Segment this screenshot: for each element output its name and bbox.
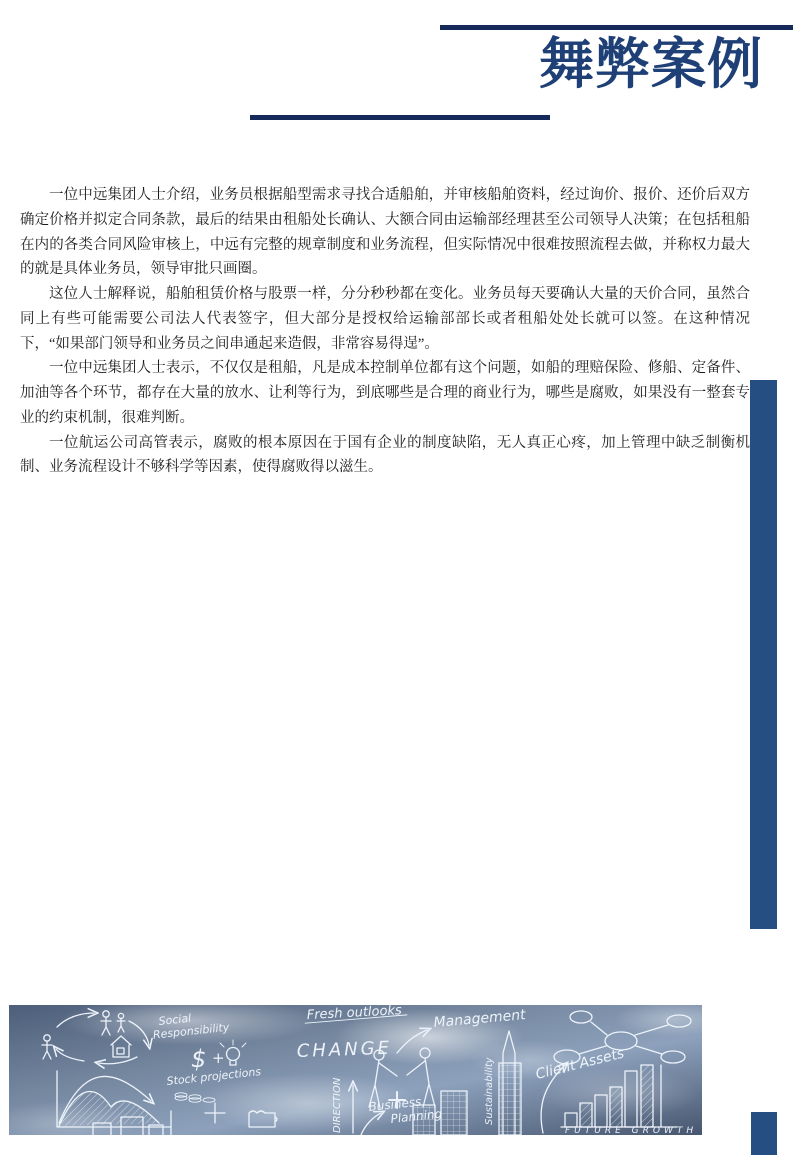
article-paragraph: 一位中远集团人士表示，不仅仅是租船，凡是成本控制单位都有这个问题，如船的理赔保险… — [20, 356, 750, 430]
svg-text:+: + — [212, 1049, 225, 1067]
article-paragraph: 一位航运公司高管表示，腐败的根本原因在于国有企业的制度缺陷，无人真正心疼，加上管… — [20, 431, 750, 481]
sustainability-label: Sustainability — [484, 1056, 495, 1125]
article-body: 一位中远集团人士介绍，业务员根据船型需求寻找合适船舶，并审核船舶资料，经过询价、… — [20, 183, 750, 480]
footer-chalkboard-image: Social Responsibility $ + Stock projecti… — [9, 1005, 702, 1135]
right-accent-bar — [750, 380, 777, 929]
article-paragraph: 这位人士解释说，船舶租赁价格与股票一样，分分秒秒都在变化。业务员每天要确认大量的… — [20, 282, 750, 356]
page-title: 舞弊案例 — [539, 34, 763, 94]
svg-text:$: $ — [191, 1045, 206, 1073]
future-growth-label: FUTURE GROWTH — [565, 1126, 697, 1135]
article-paragraph: 一位中远集团人士介绍，业务员根据船型需求寻找合适船舶，并审核船舶资料，经过询价、… — [20, 183, 750, 282]
direction-label: DIRECTION — [332, 1077, 343, 1133]
bottom-right-accent-bar — [751, 1112, 777, 1155]
document-page: 舞弊案例 一位中远集团人士介绍，业务员根据船型需求寻找合适船舶，并审核船舶资料，… — [0, 0, 800, 1155]
header-rule-under-title — [250, 115, 550, 120]
header-rule-top — [440, 25, 793, 30]
